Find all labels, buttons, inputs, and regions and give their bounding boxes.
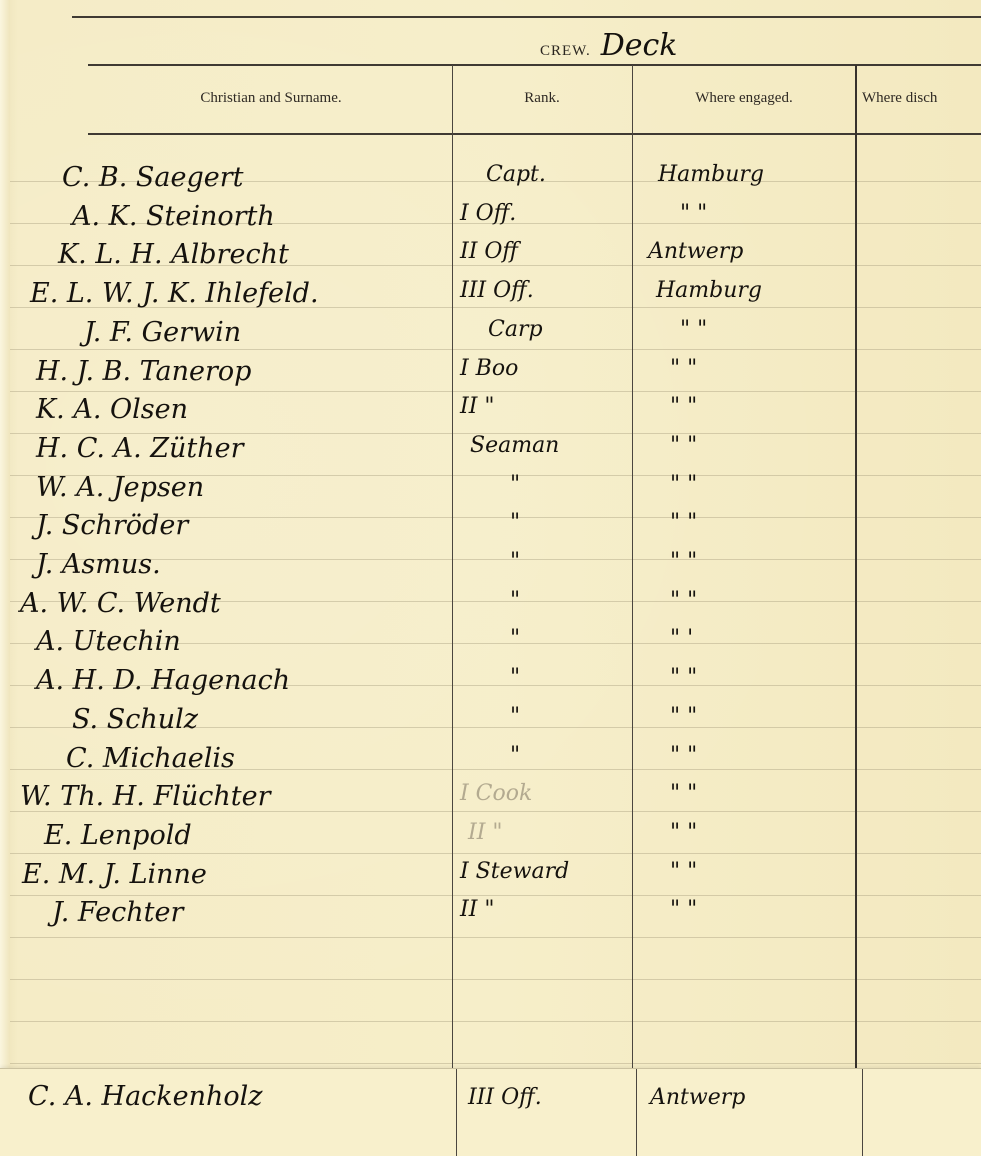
column-header-name: Christian and Surname.: [90, 90, 452, 107]
crew-rank: ": [510, 626, 520, 651]
table-row: J. Asmus."" ": [0, 549, 981, 591]
crew-name: J. Asmus.: [36, 549, 161, 580]
header-bottom-rule: [88, 133, 981, 135]
crew-rank: II ": [460, 897, 495, 922]
table-row: J. FechterII "" ": [0, 897, 981, 939]
crew-where-engaged: " ": [670, 781, 697, 806]
crew-where-engaged: Hamburg: [658, 162, 764, 187]
column-header-engaged: Where engaged.: [632, 90, 856, 107]
crew-name: J. F. Gerwin: [84, 317, 241, 348]
table-row: A. Utechin"" ': [0, 626, 981, 668]
crew-label: CREW.: [540, 43, 591, 60]
table-row: H. J. B. TaneropI Boo" ": [0, 356, 981, 398]
crew-name: K. A. Olsen: [36, 394, 188, 425]
table-row: E. M. J. LinneI Steward" ": [0, 859, 981, 901]
header-top-rule: [88, 64, 981, 66]
crew-rank: Capt.: [486, 162, 546, 187]
table-row: J. Schröder"" ": [0, 510, 981, 552]
crew-name: W. A. Jepsen: [36, 472, 204, 503]
strip-divider-1: [456, 1069, 457, 1156]
table-row: C. Michaelis"" ": [0, 743, 981, 785]
crew-name: E. Lenpold: [44, 820, 192, 851]
crew-rank: ": [510, 743, 520, 768]
crew-where-engaged: " ": [670, 704, 697, 729]
crew-name: C. B. Saegert: [62, 162, 243, 193]
crew-where-engaged: " ": [670, 588, 697, 613]
crew-name: K. L. H. Albrecht: [58, 239, 289, 270]
table-row: E. L. W. J. K. Ihlefeld.III Off.Hamburg: [0, 278, 981, 320]
crew-where-engaged: " ": [680, 317, 707, 342]
table-row: J. F. GerwinCarp" ": [0, 317, 981, 359]
crew-rank: I Off.: [460, 201, 516, 226]
crew-name: H. J. B. Tanerop: [36, 356, 251, 387]
crew-name: J. Schröder: [36, 510, 188, 541]
table-row: E. LenpoldII "" ": [0, 820, 981, 862]
table-row: K. A. OlsenII "" ": [0, 394, 981, 436]
crew-name: W. Th. H. Flüchter: [20, 781, 270, 812]
crew-name: E. M. J. Linne: [22, 859, 207, 890]
crew-section-handwritten: Deck: [601, 28, 678, 63]
strip-divider-2: [636, 1069, 637, 1156]
crew-rank: Carp: [488, 317, 543, 342]
crew-where-engaged: " ": [670, 549, 697, 574]
crew-where-engaged: " ": [670, 394, 697, 419]
strip-engaged: Antwerp: [650, 1085, 745, 1110]
crew-name: A. Utechin: [36, 626, 181, 657]
crew-where-engaged: " ": [680, 201, 707, 226]
crew-rank: Seaman: [470, 433, 559, 458]
crew-name: A. K. Steinorth: [72, 201, 275, 232]
crew-name: S. Schulz: [72, 704, 198, 735]
crew-where-engaged: Hamburg: [656, 278, 762, 303]
column-header-discharged: Where disch: [862, 90, 937, 107]
crew-name: E. L. W. J. K. Ihlefeld.: [30, 278, 319, 309]
crew-rank: ": [510, 665, 520, 690]
crew-where-engaged: " ": [670, 859, 697, 884]
crew-rank: II ": [468, 820, 503, 845]
crew-where-engaged: " ": [670, 820, 697, 845]
table-row: A. K. SteinorthI Off." ": [0, 201, 981, 243]
ledger-page: CREW. Deck Christian and Surname. Rank. …: [0, 0, 981, 1156]
crew-rank: ": [510, 472, 520, 497]
crew-rank: I Steward: [460, 859, 569, 884]
crew-where-engaged: Antwerp: [648, 239, 743, 264]
crew-name: C. Michaelis: [66, 743, 235, 774]
top-rule: [72, 16, 981, 18]
table-row: W. A. Jepsen"" ": [0, 472, 981, 514]
strip-name: C. A. Hackenholz: [28, 1081, 263, 1112]
crew-rank: II ": [460, 394, 495, 419]
strip-divider-3: [862, 1069, 863, 1156]
crew-where-engaged: " ": [670, 356, 697, 381]
table-row: K. L. H. AlbrechtII OffAntwerp: [0, 239, 981, 281]
crew-rank: ": [510, 510, 520, 535]
table-row: C. B. SaegertCapt.Hamburg: [0, 162, 981, 204]
crew-rank: II Off: [460, 239, 518, 264]
crew-name: A. W. C. Wendt: [20, 588, 221, 619]
column-header-rank: Rank.: [453, 90, 631, 107]
table-row: W. Th. H. FlüchterI Cook" ": [0, 781, 981, 823]
table-row: A. W. C. Wendt"" ": [0, 588, 981, 630]
crew-rank: I Boo: [460, 356, 518, 381]
crew-where-engaged: " ": [670, 665, 697, 690]
crew-where-engaged: " ": [670, 433, 697, 458]
crew-heading: CREW. Deck: [540, 28, 678, 63]
strip-rank: III Off.: [468, 1085, 542, 1110]
crew-rank: ": [510, 704, 520, 729]
pasted-strip: C. A. Hackenholz III Off. Antwerp: [0, 1068, 981, 1156]
crew-rank: I Cook: [460, 781, 532, 806]
crew-rank: ": [510, 549, 520, 574]
crew-rank: ": [510, 588, 520, 613]
crew-where-engaged: " ": [670, 472, 697, 497]
table-row: S. Schulz"" ": [0, 704, 981, 746]
crew-name: A. H. D. Hagenach: [36, 665, 290, 696]
crew-name: H. C. A. Züther: [36, 433, 244, 464]
crew-name: J. Fechter: [52, 897, 183, 928]
crew-rank: III Off.: [460, 278, 534, 303]
crew-where-engaged: " ': [670, 626, 693, 651]
table-row: A. H. D. Hagenach"" ": [0, 665, 981, 707]
crew-where-engaged: " ": [670, 743, 697, 768]
crew-where-engaged: " ": [670, 897, 697, 922]
crew-where-engaged: " ": [670, 510, 697, 535]
table-row: H. C. A. ZütherSeaman" ": [0, 433, 981, 475]
